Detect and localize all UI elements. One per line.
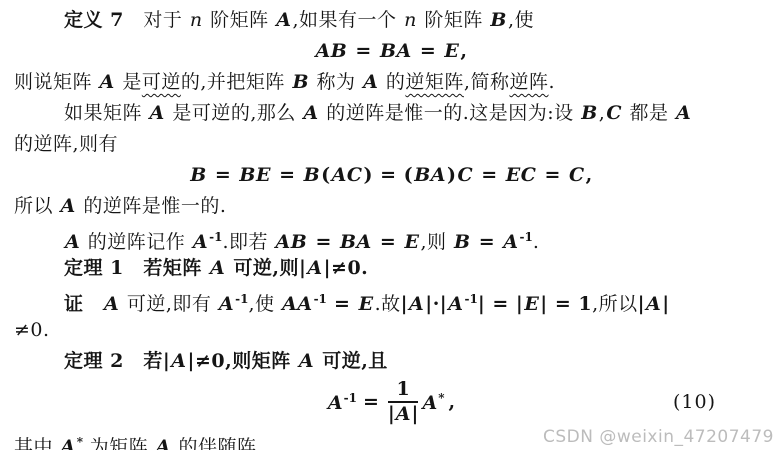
superscript: -1 xyxy=(235,292,248,306)
math-variable: C xyxy=(457,164,475,186)
text-segment: | = | xyxy=(478,293,523,315)
text-segment: = xyxy=(272,164,303,186)
math-variable: E xyxy=(523,293,540,315)
equals-sign: = xyxy=(357,391,385,413)
math-variable: A xyxy=(170,350,187,372)
text-segment: 定理 2 xyxy=(64,350,124,372)
math-variable: A xyxy=(395,403,412,425)
math-variable: A xyxy=(60,195,77,217)
uniqueness-continuation: 的逆阵,则有 xyxy=(14,129,768,160)
theorem-1-line: 定理 1 若矩阵 A 可逆,则|A|≠0. xyxy=(14,253,768,284)
abs-bar: | xyxy=(388,403,395,425)
text-segment: .即若 xyxy=(222,231,274,253)
proof-1-continuation: ≠0. xyxy=(14,315,768,346)
text-segment: 若矩阵 xyxy=(124,257,209,279)
math-variable: A xyxy=(302,102,319,124)
math-variable: BA xyxy=(413,164,447,186)
text-segment: ,则 xyxy=(420,231,453,253)
text-segment: | xyxy=(401,293,408,315)
text-segment xyxy=(84,293,104,315)
text-segment: 称为 xyxy=(310,71,362,93)
text-segment: 阶矩阵 xyxy=(418,9,490,31)
text-segment: |≠0 xyxy=(188,350,226,372)
text-segment: 的 xyxy=(379,71,405,93)
abs-bar: | xyxy=(412,403,419,425)
math-variable: A xyxy=(275,9,292,31)
text-segment: 的,并把矩阵 xyxy=(181,71,292,93)
math-variable: A xyxy=(192,231,209,253)
math-variable: A xyxy=(155,436,172,450)
equation-10-row: A-1 = 1 |A| A* , (10) xyxy=(14,377,768,427)
text-segment: 如果矩阵 xyxy=(64,102,149,124)
superscript: -1 xyxy=(344,391,357,405)
math-variable: A xyxy=(362,71,379,93)
math-variable: B xyxy=(303,164,322,186)
text-segment: 为矩阵 xyxy=(83,436,155,450)
math-variable: B xyxy=(580,102,599,124)
text-segment: 是 xyxy=(116,71,142,93)
theorem-2-line: 定理 2 若|A|≠0,则矩阵 A 可逆,且 xyxy=(14,346,768,377)
text-segment: , xyxy=(460,40,467,62)
text-segment: 阶矩阵 xyxy=(204,9,276,31)
watermark: CSDN @weixin_47207479 xyxy=(543,427,774,447)
text-segment: 都是 xyxy=(623,102,675,124)
text-segment: = xyxy=(373,231,404,253)
math-variable: A xyxy=(408,293,425,315)
comma: , xyxy=(445,391,456,413)
text-segment: 所以 xyxy=(14,195,60,217)
math-variable: A xyxy=(60,436,77,450)
text-segment: = xyxy=(308,231,339,253)
text-segment: |≠0. xyxy=(324,257,369,279)
text-segment: ) = ( xyxy=(364,164,414,186)
text-segment: , xyxy=(586,164,593,186)
equation-ab-ba-e: AB = BA = E, xyxy=(14,36,768,67)
math-variable: BA xyxy=(339,231,373,253)
math-variable: A xyxy=(645,293,662,315)
text-segment: = xyxy=(348,40,379,62)
fraction: 1 |A| xyxy=(388,379,419,425)
math-variable: AB xyxy=(275,231,309,253)
text-segment: n xyxy=(403,9,418,31)
text-segment: ,使 xyxy=(508,9,534,31)
text-segment: 可逆,即有 xyxy=(120,293,218,315)
page-content: 定义 7 对于 n 阶矩阵 A,如果有一个 n 阶矩阵 B,使 AB = BA … xyxy=(14,5,768,450)
text-segment: 其中 xyxy=(14,436,60,450)
emphasized-term: 可逆 xyxy=(142,71,181,93)
text-segment: 的逆阵,则有 xyxy=(14,133,118,155)
emphasized-term: 逆阵 xyxy=(509,71,548,93)
inverse-notation-line: A 的逆阵记作 A-1.即若 AB = BA = E,则 B = A-1. xyxy=(14,222,768,253)
math-variable: A xyxy=(298,350,315,372)
text-segment: ) xyxy=(447,164,457,186)
math-variable: A xyxy=(327,392,344,414)
math-variable: A xyxy=(218,293,235,315)
text-segment: 定理 1 xyxy=(64,257,124,279)
text-segment: 对于 xyxy=(124,9,189,31)
equation-10-formula: A-1 = 1 |A| A* , xyxy=(327,379,455,425)
math-variable: B xyxy=(453,231,472,253)
text-segment: = xyxy=(537,164,568,186)
math-variable: B xyxy=(189,164,208,186)
text-segment: ,如果有一个 xyxy=(292,9,403,31)
math-variable: AB xyxy=(314,40,348,62)
text-segment: ,则矩阵 xyxy=(225,350,298,372)
math-variable: E xyxy=(443,40,460,62)
math-variable: C xyxy=(568,164,586,186)
math-variable: AC xyxy=(331,164,364,186)
fraction-numerator: 1 xyxy=(388,379,419,403)
math-variable: B xyxy=(291,71,310,93)
text-segment: = xyxy=(474,164,505,186)
math-variable: EC xyxy=(505,164,538,186)
math-variable: A xyxy=(421,392,438,414)
text-segment: = xyxy=(327,293,358,315)
text-segment: = xyxy=(413,40,444,62)
text-segment: 若 xyxy=(124,350,163,372)
text-segment: 定义 7 xyxy=(64,9,124,31)
superscript: -1 xyxy=(520,230,533,244)
proof-1-line: 证 A 可逆,即有 A-1,使 AA-1 = E.故|A|·|A-1| = |E… xyxy=(14,284,768,315)
text-segment: | xyxy=(638,293,645,315)
math-variable: A xyxy=(149,102,166,124)
math-variable: AA xyxy=(281,293,313,315)
text-segment: = xyxy=(472,231,503,253)
math-variable: A xyxy=(502,231,519,253)
text-segment: 的逆阵是惟一的. xyxy=(77,195,227,217)
text-segment: ( xyxy=(321,164,331,186)
math-variable: A xyxy=(447,293,464,315)
definition-7-continuation: 则说矩阵 A 是可逆的,并把矩阵 B 称为 A 的逆矩阵,简称逆阵. xyxy=(14,67,768,98)
text-segment: 证 xyxy=(64,293,84,315)
math-variable: C xyxy=(605,102,623,124)
fraction-denominator: |A| xyxy=(388,403,419,425)
text-segment: n xyxy=(189,9,204,31)
math-variable: A xyxy=(99,71,116,93)
text-segment: 可逆,且 xyxy=(315,350,388,372)
math-variable: A xyxy=(209,257,226,279)
math-variable: BE xyxy=(238,164,272,186)
math-variable: A xyxy=(675,102,692,124)
uniqueness-conclusion: 所以 A 的逆阵是惟一的. xyxy=(14,191,768,222)
text-segment: 的逆阵记作 xyxy=(81,231,192,253)
text-segment: ,使 xyxy=(249,293,282,315)
text-segment: ,简称 xyxy=(464,71,510,93)
text-segment: = xyxy=(208,164,239,186)
text-segment: | xyxy=(662,293,669,315)
superscript: -1 xyxy=(464,292,477,306)
text-segment: | = 1 xyxy=(540,293,592,315)
text-segment: 可逆,则 xyxy=(226,257,299,279)
math-variable: BA xyxy=(379,40,413,62)
superscript: -1 xyxy=(209,230,222,244)
equation-b-be-chain: B = BE = B(AC) = (BA)C = EC = C, xyxy=(14,160,768,191)
emphasized-term: 逆矩阵 xyxy=(405,71,464,93)
math-variable: A xyxy=(64,231,81,253)
equation-10-rhs: A* xyxy=(421,391,444,414)
math-variable: E xyxy=(403,231,420,253)
text-segment: ,所以 xyxy=(592,293,638,315)
superscript: -1 xyxy=(314,292,327,306)
text-segment: 则说矩阵 xyxy=(14,71,99,93)
text-segment: . xyxy=(533,231,540,253)
math-variable: B xyxy=(489,9,508,31)
math-variable: A xyxy=(306,257,323,279)
textbook-page: 定义 7 对于 n 阶矩阵 A,如果有一个 n 阶矩阵 B,使 AB = BA … xyxy=(0,0,778,450)
text-segment: 是可逆的,那么 xyxy=(166,102,303,124)
definition-7-line: 定义 7 对于 n 阶矩阵 A,如果有一个 n 阶矩阵 B,使 xyxy=(14,5,768,36)
equation-number: (10) xyxy=(673,391,716,413)
text-segment: 的伴随阵. xyxy=(172,436,263,450)
equation-10-lhs: A-1 xyxy=(327,391,357,414)
text-segment: .故 xyxy=(375,293,401,315)
uniqueness-intro-line: 如果矩阵 A 是可逆的,那么 A 的逆阵是惟一的.这是因为:设 B,C 都是 A xyxy=(14,98,768,129)
text-segment: |·| xyxy=(425,293,447,315)
text-segment: ≠0. xyxy=(14,319,50,341)
math-variable: A xyxy=(103,293,120,315)
math-variable: E xyxy=(358,293,375,315)
text-segment: . xyxy=(548,71,555,93)
text-segment: 的逆阵是惟一的.这是因为:设 xyxy=(320,102,581,124)
